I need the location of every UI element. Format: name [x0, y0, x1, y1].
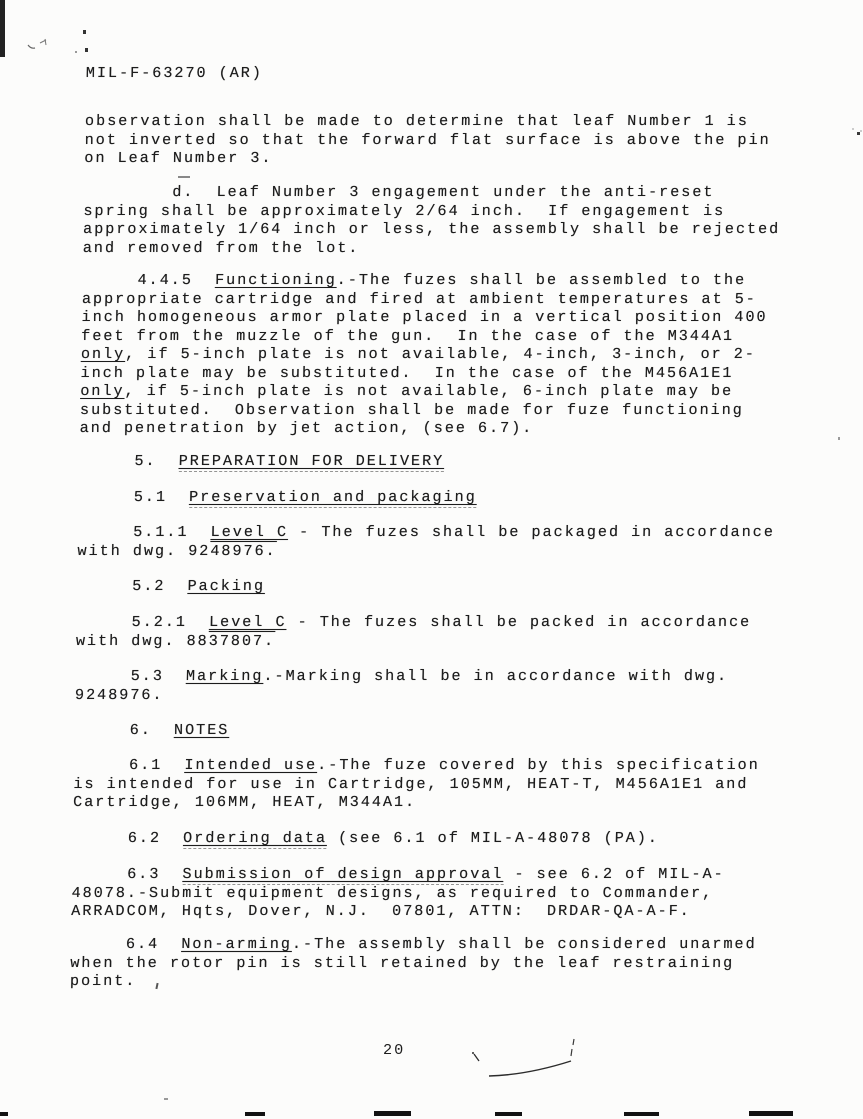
paragraph: 6.4 Non-arming.-The assembly shall be co…	[70, 935, 757, 991]
text-segment: observation shall be made to determine t…	[85, 112, 749, 130]
text-line: only, if 5-inch plate is not available, …	[80, 382, 766, 401]
text-line: 5.3 Marking.-Marking shall be in accorda…	[75, 667, 728, 686]
paragraph: 5.2 Packing	[77, 577, 265, 596]
text-line: d. Leaf Number 3 engagement under the an…	[84, 183, 781, 202]
text-line: 9248976.	[75, 686, 728, 705]
text-segment: - see 6.2 of MIL-A-	[503, 865, 725, 883]
text-segment: Packing	[187, 577, 265, 595]
ink-speck-artifact	[852, 128, 854, 130]
text-segment: , if 5-inch plate is not available, 6-in…	[124, 382, 733, 400]
text-segment: 5.	[79, 452, 179, 470]
paragraph: observation shall be made to determine t…	[84, 112, 771, 168]
ink-dot-artifact	[85, 48, 88, 52]
text-segment: approximately 1/64 inch or less, the ass…	[83, 220, 780, 238]
text-line: 6.3 Submission of design approval - see …	[72, 865, 725, 884]
ink-speck-artifact	[164, 1098, 168, 1100]
typed-dash-artifact	[178, 176, 190, 178]
text-segment: PREPARATION FOR DELIVERY	[178, 452, 444, 472]
ink-speck-artifact	[860, 130, 862, 132]
text-line: with dwg. 9248976.	[77, 542, 774, 561]
bottom-edge-mark	[495, 1112, 522, 1116]
text-segment: only	[81, 345, 126, 363]
text-line: 48078.-Submit equipment designs, as requ…	[71, 884, 724, 903]
ink-speck-artifact	[75, 51, 77, 53]
text-line: is intended for use in Cartridge, 105MM,…	[73, 775, 759, 794]
text-segment: 6.3	[72, 865, 183, 883]
text-line: ARRADCOM, Hqts, Dover, N.J. 07801, ATTN:…	[71, 902, 724, 921]
text-segment: with dwg. 92	[77, 542, 210, 560]
paragraph: d. Leaf Number 3 engagement under the an…	[83, 183, 781, 257]
handwritten-scribble-mark	[26, 36, 54, 58]
text-line: when the rotor pin is still retained by …	[70, 954, 756, 973]
text-segment: - The fuzes shall be packed in accordanc…	[286, 613, 751, 631]
text-line: observation shall be made to determine t…	[85, 112, 771, 131]
text-segment: inch homogeneous armor plate placed in a…	[81, 308, 767, 326]
text-segment: 48078.-Submit equipment designs, as requ…	[71, 884, 713, 902]
text-segment: - The fuzes shall be packaged in accorda…	[288, 523, 775, 541]
text-segment: feet from the muzzle of the gun. In the …	[81, 327, 734, 345]
text-line: approximately 1/64 inch or less, the ass…	[83, 220, 780, 239]
text-line: feet from the muzzle of the gun. In the …	[81, 327, 767, 346]
bottom-edge-mark	[624, 1112, 659, 1116]
bottom-edge-mark	[0, 1112, 8, 1116]
text-segment: not inverted so that the forward flat su…	[85, 131, 771, 149]
paragraph: 5.3 Marking.-Marking shall be in accorda…	[75, 667, 728, 704]
bottom-edge-mark	[374, 1111, 411, 1116]
ink-dot-artifact	[83, 30, 86, 34]
text-segment: Submission of design approval	[182, 865, 503, 885]
paragraph: 6.2 Ordering data (see 6.1 of MIL-A-4807…	[72, 829, 659, 848]
text-line: and penetration by jet action, (see 6.7)…	[79, 419, 765, 438]
text-segment: and penetration by jet action, (see 6.7)…	[79, 419, 533, 437]
text-line: point.	[70, 972, 756, 991]
paragraph: 6. NOTES	[74, 721, 229, 740]
text-line: 5.2 Packing	[77, 577, 265, 596]
text-segment: inch plate may be substituted. In the ca…	[80, 364, 733, 382]
text-segment: point.	[70, 972, 137, 990]
text-segment: Functioning	[215, 271, 337, 289]
text-segment: Marking	[186, 667, 264, 685]
text-segment: .-Marking shall be in accordance with dw…	[263, 667, 728, 685]
text-line: not inverted so that the forward flat su…	[85, 131, 771, 150]
text-line: 4.4.5 Functioning.-The fuzes shall be as…	[82, 271, 768, 290]
text-line: inch plate may be substituted. In the ca…	[80, 364, 766, 383]
text-segment: NOTES	[174, 721, 230, 739]
paragraph: 4.4.5 Functioning.-The fuzes shall be as…	[79, 271, 768, 438]
text-segment: .-The fuzes shall be assembled to the	[337, 271, 747, 289]
text-line: and removed from the lot.	[83, 239, 780, 258]
text-segment: 37807.	[209, 632, 276, 650]
text-line: 6.1 Intended use.-The fuze covered by th…	[74, 756, 760, 775]
text-segment: 6.1	[74, 756, 185, 774]
text-segment: 6.4	[70, 935, 181, 953]
scanned-document-page: { "document": { "doc_id": "MIL-F-63270 (…	[0, 0, 863, 1119]
text-segment: with dwg. 88	[76, 632, 209, 650]
paragraph: 6.1 Intended use.-The fuze covered by th…	[73, 756, 760, 812]
text-segment: Preservation and packaging	[189, 488, 477, 508]
text-segment: 6.	[74, 721, 174, 739]
text-segment: Non-arming	[181, 935, 292, 953]
text-segment: 5.2	[77, 577, 188, 595]
text-segment: 5.1	[78, 488, 189, 506]
text-segment: 9248976.	[75, 686, 164, 704]
text-segment: (see 6.1 of MIL-A-48078 (PA).	[327, 829, 659, 847]
text-segment: 48976.	[210, 542, 277, 560]
text-line: only, if 5-inch plate is not available, …	[81, 345, 767, 364]
ink-speck-artifact	[857, 132, 860, 135]
bottom-edge-mark	[245, 1112, 265, 1116]
text-segment: .-The fuze covered by this specification	[317, 756, 760, 774]
paragraph: 5.1 Preservation and packaging	[78, 488, 477, 507]
text-line: substituted. Observation shall be made f…	[80, 401, 766, 420]
text-line: 5.1.1 Level C - The fuzes shall be packa…	[78, 523, 775, 542]
paragraph: 5.2.1 Level C - The fuzes shall be packe…	[76, 613, 752, 650]
text-segment: 4.4.5	[82, 271, 215, 289]
text-segment: Level C	[210, 523, 288, 541]
text-segment: Level C	[209, 613, 287, 631]
text-segment: appropriate cartridge and fired at ambie…	[82, 290, 757, 308]
text-segment: on Leaf Number 3.	[84, 149, 272, 167]
bottom-edge-mark	[749, 1111, 793, 1116]
text-line: 6.2 Ordering data (see 6.1 of MIL-A-4807…	[72, 829, 659, 848]
text-line: 6. NOTES	[74, 721, 229, 740]
text-segment: spring shall be approximately 2/64 inch.…	[83, 202, 725, 220]
text-line: 5.2.1 Level C - The fuzes shall be packe…	[76, 613, 751, 632]
text-segment: when the rotor pin is still retained by …	[70, 954, 734, 972]
text-segment: Ordering data	[183, 829, 327, 849]
page-number: 20	[383, 1041, 405, 1060]
text-segment: substituted. Observation shall be made f…	[80, 401, 744, 419]
text-segment: only	[80, 382, 125, 400]
paragraph: 5. PREPARATION FOR DELIVERY	[79, 452, 444, 471]
ink-speck-artifact	[838, 437, 840, 440]
text-segment: and removed from the lot.	[83, 239, 360, 257]
text-segment: d. Leaf Number 3 engagement under the an…	[84, 183, 715, 201]
text-segment: ARRADCOM, Hqts, Dover, N.J. 07801, ATTN:…	[71, 902, 691, 920]
text-line: 5. PREPARATION FOR DELIVERY	[79, 452, 444, 471]
text-line: 6.4 Non-arming.-The assembly shall be co…	[70, 935, 756, 954]
text-segment: 5.1.1	[78, 523, 211, 541]
paragraph: 5.1.1 Level C - The fuzes shall be packa…	[77, 523, 775, 560]
paragraph: 6.3 Submission of design approval - see …	[71, 865, 725, 921]
document-id-header: MIL-F-63270 (AR)	[86, 64, 263, 83]
text-segment: 5.2.1	[76, 613, 209, 631]
text-segment: 5.3	[75, 667, 186, 685]
left-edge-scan-bar-artifact	[0, 0, 5, 57]
text-segment: , if 5-inch plate is not available, 4-in…	[125, 345, 756, 363]
text-line: inch homogeneous armor plate placed in a…	[81, 308, 767, 327]
text-segment: .-The assembly shall be considered unarm…	[292, 935, 757, 953]
text-line: 5.1 Preservation and packaging	[78, 488, 477, 507]
text-segment: Intended use	[184, 756, 317, 774]
text-line: Cartridge, 106MM, HEAT, M344A1.	[73, 793, 759, 812]
text-line: with dwg. 8837807.	[76, 632, 751, 651]
text-line: on Leaf Number 3.	[84, 149, 770, 168]
text-segment: 6.2	[72, 829, 183, 847]
text-segment: is intended for use in Cartridge, 105MM,…	[73, 775, 748, 793]
text-line: appropriate cartridge and fired at ambie…	[82, 290, 768, 309]
text-segment: Cartridge, 106MM, HEAT, M344A1.	[73, 793, 416, 811]
text-line: spring shall be approximately 2/64 inch.…	[83, 202, 780, 221]
pen-check-mark	[452, 1032, 592, 1084]
